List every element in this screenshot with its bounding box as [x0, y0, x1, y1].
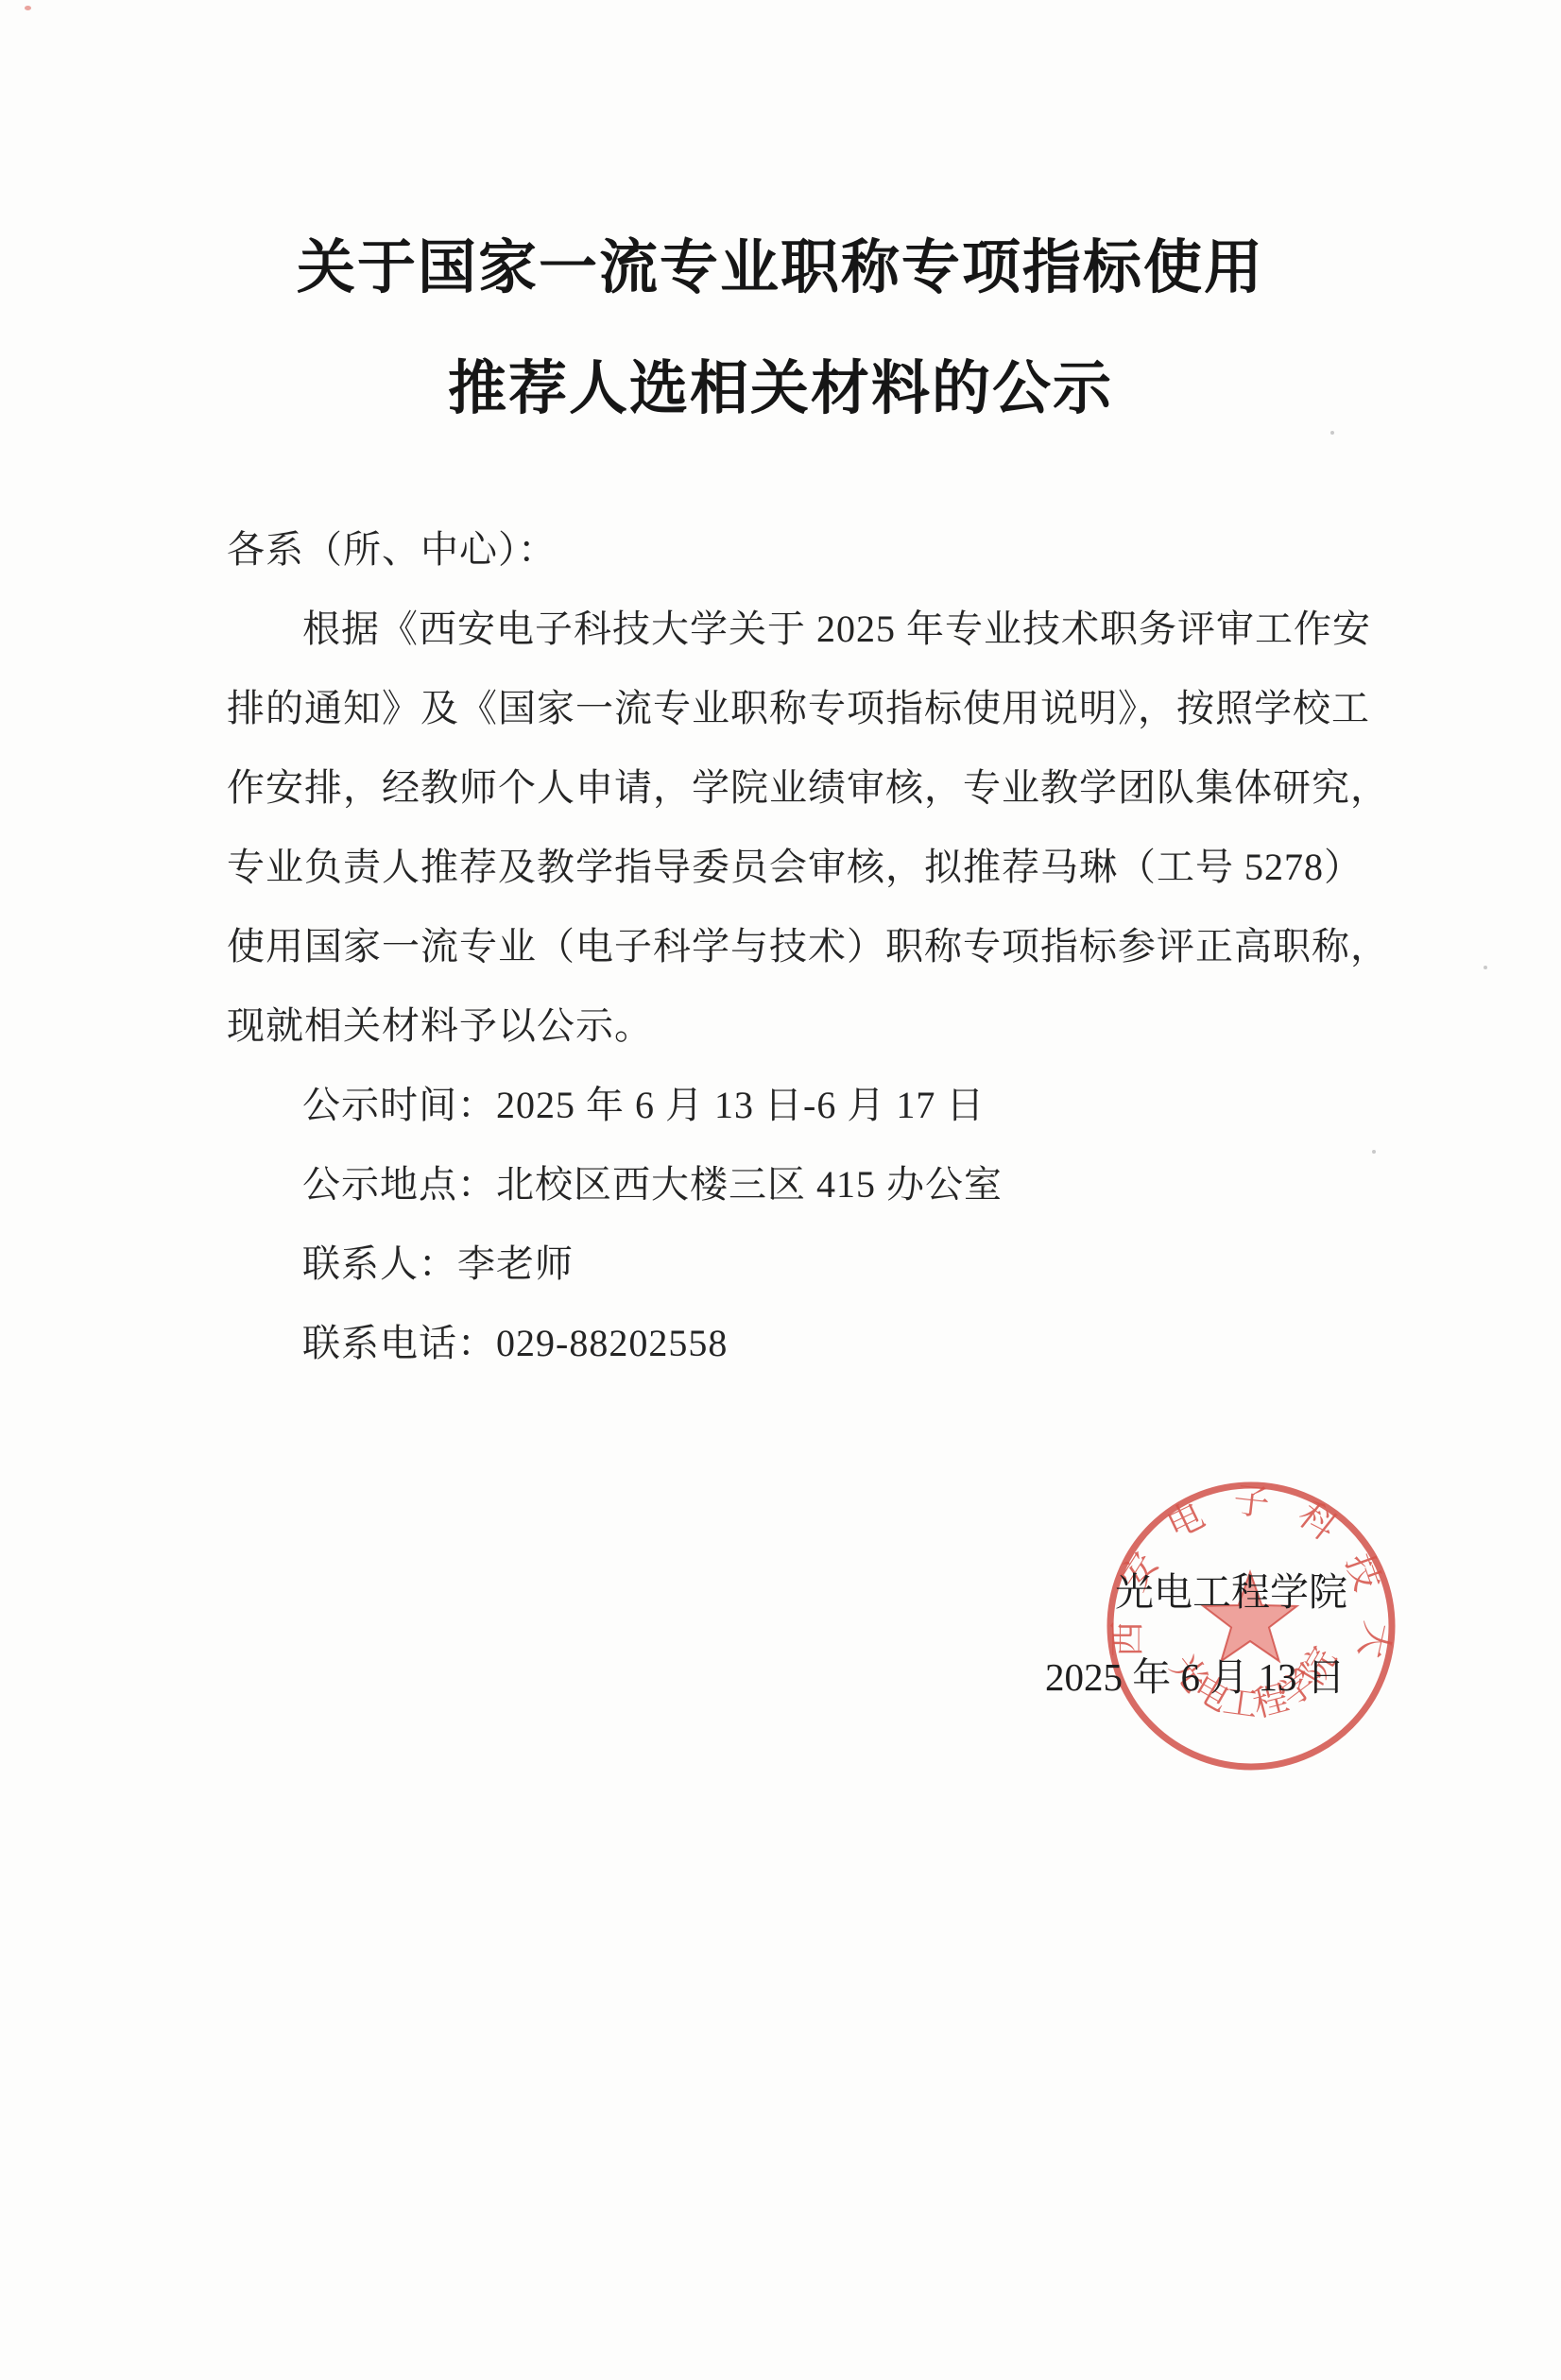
- body-line: 排的通知》及《国家一流专业职称专项指标使用说明》，按照学校工: [227, 684, 1361, 733]
- salutation-line: 各系（所、中心）：: [227, 525, 1361, 574]
- publicity-time-line: 公示时间：2025 年 6 月 13 日-6 月 17 日: [302, 1081, 1436, 1130]
- contact-person-line: 联系人：李老师: [302, 1240, 1436, 1289]
- scan-speck: [1484, 966, 1487, 969]
- body-line: 现就相关材料予以公示。: [227, 1002, 1361, 1051]
- document-page: 关于国家一流专业职称专项指标使用 推荐人选相关材料的公示 各系（所、中心）： 根…: [0, 0, 1561, 2380]
- document-title-line-1: 关于国家一流专业职称专项指标使用: [0, 231, 1561, 306]
- document-title-line-2: 推荐人选相关材料的公示: [0, 351, 1561, 427]
- scan-speck: [25, 6, 31, 10]
- signature-department: 光电工程学院: [1115, 1561, 1347, 1617]
- scan-speck: [1372, 1150, 1376, 1154]
- body-line: 专业负责人推荐及教学指导委员会审核，拟推荐马琳（工号 5278）: [227, 843, 1361, 892]
- contact-phone-line: 联系电话：029-88202558: [302, 1319, 1436, 1368]
- body-line: 根据《西安电子科技大学关于 2025 年专业技术职务评审工作安: [302, 605, 1436, 654]
- signature-date: 2025 年 6 月 13 日: [1045, 1646, 1346, 1702]
- publicity-place-line: 公示地点：北校区西大楼三区 415 办公室: [302, 1160, 1436, 1209]
- body-line: 作安排，经教师个人申请，学院业绩审核，专业教学团队集体研究，: [227, 763, 1361, 813]
- scan-speck: [1330, 431, 1334, 435]
- body-line: 使用国家一流专业（电子科学与技术）职称专项指标参评正高职称，: [227, 922, 1361, 971]
- official-seal-stamp: 西安电子科技大学 光电工程学院: [1091, 1469, 1413, 1790]
